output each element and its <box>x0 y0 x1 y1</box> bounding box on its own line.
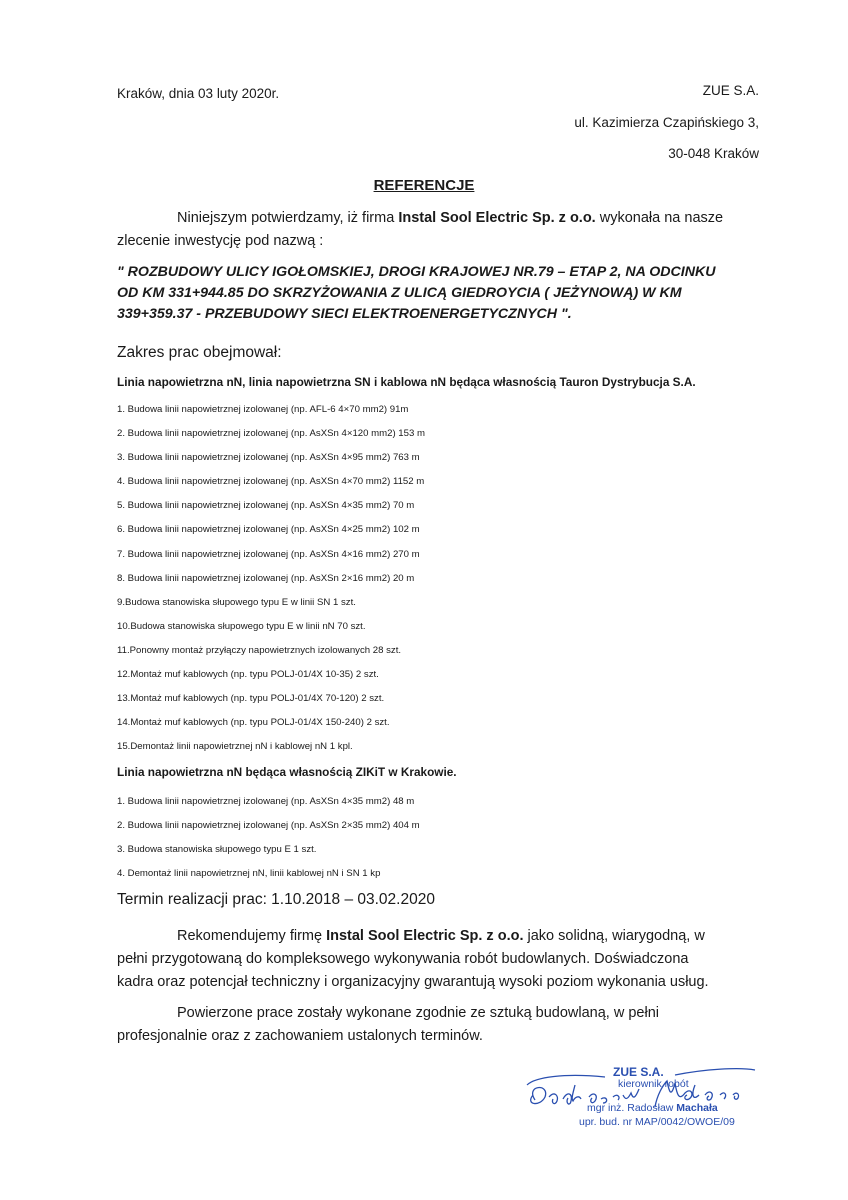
work-list-zikit: 1. Budowa linii napowietrznej izolowanej… <box>117 795 420 891</box>
list-item: 11.Ponowny montaż przyłączy napowietrzny… <box>117 644 425 668</box>
stamp-name-prefix: mgr inż. Radosław <box>587 1102 676 1114</box>
recommendation-paragraph: Rekomendujemy firmę Instal Sool Electric… <box>117 925 727 994</box>
list-item: 5. Budowa linii napowietrznej izolowanej… <box>117 499 425 523</box>
list-item: 3. Budowa stanowiska słupowego typu E 1 … <box>117 843 420 867</box>
stamp-company: ZUE S.A. <box>613 1065 664 1079</box>
contractor-name: Instal Sool Electric Sp. z o.o. <box>326 928 523 944</box>
scope-heading: Zakres prac obejmował: <box>117 344 282 362</box>
list-item: 12.Montaż muf kablowych (np. typu POLJ-0… <box>117 668 425 692</box>
list-item: 1. Budowa linii napowietrznej izolowanej… <box>117 403 425 427</box>
list-item: 2. Budowa linii napowietrznej izolowanej… <box>117 819 420 843</box>
list-item: 10.Budowa stanowiska słupowego typu E w … <box>117 620 425 644</box>
list-item: 4. Demontaż linii napowietrznej nN, lini… <box>117 867 420 891</box>
list-item: 14.Montaż muf kablowych (np. typu POLJ-0… <box>117 716 425 740</box>
project-name: " ROZBUDOWY ULICY IGOŁOMSKIEJ, DROGI KRA… <box>117 262 727 325</box>
list-item: 7. Budowa linii napowietrznej izolowanej… <box>117 548 425 572</box>
recipient-street: ul. Kazimierza Czapińskiego 3, <box>574 115 759 130</box>
document-title: REFERENCJE <box>0 177 848 194</box>
contractor-name: Instal Sool Electric Sp. z o.o. <box>398 210 595 226</box>
recipient-city: 30-048 Kraków <box>668 146 759 161</box>
intro-before: Niniejszym potwierdzamy, iż firma <box>177 210 398 226</box>
closing-paragraph: Powierzone prace zostały wykonane zgodni… <box>117 1002 727 1048</box>
list-item: 2. Budowa linii napowietrznej izolowanej… <box>117 427 425 451</box>
list-item: 9.Budowa stanowiska słupowego typu E w l… <box>117 596 425 620</box>
section-heading-zikit: Linia napowietrzna nN będąca własnością … <box>117 765 457 779</box>
stamp-name: mgr inż. Radosław Machała <box>587 1102 718 1114</box>
work-list-tauron: 1. Budowa linii napowietrznej izolowanej… <box>117 403 425 764</box>
list-item: 1. Budowa linii napowietrznej izolowanej… <box>117 795 420 819</box>
list-item: 13.Montaż muf kablowych (np. typu POLJ-0… <box>117 692 425 716</box>
completion-term: Termin realizacji prac: 1.10.2018 – 03.0… <box>117 891 435 909</box>
intro-paragraph: Niniejszym potwierdzamy, iż firma Instal… <box>117 207 727 253</box>
list-item: 3. Budowa linii napowietrznej izolowanej… <box>117 451 425 475</box>
signature-stamp: ZUE S.A. kierownik robót mgr inż. Radosł… <box>505 1055 775 1140</box>
rec-before: Rekomendujemy firmę <box>177 928 326 944</box>
stamp-role: kierownik robót <box>618 1078 689 1090</box>
list-item: 4. Budowa linii napowietrznej izolowanej… <box>117 475 425 499</box>
place-date: Kraków, dnia 03 luty 2020r. <box>117 86 279 101</box>
recipient-company: ZUE S.A. <box>703 83 759 98</box>
list-item: 6. Budowa linii napowietrznej izolowanej… <box>117 523 425 547</box>
list-item: 8. Budowa linii napowietrznej izolowanej… <box>117 572 425 596</box>
stamp-surname: Machała <box>676 1102 717 1114</box>
stamp-permit: upr. bud. nr MAP/0042/OWOE/09 <box>579 1116 735 1128</box>
section-heading-tauron: Linia napowietrzna nN, linia napowietrzn… <box>117 375 696 389</box>
list-item: 15.Demontaż linii napowietrznej nN i kab… <box>117 740 425 764</box>
